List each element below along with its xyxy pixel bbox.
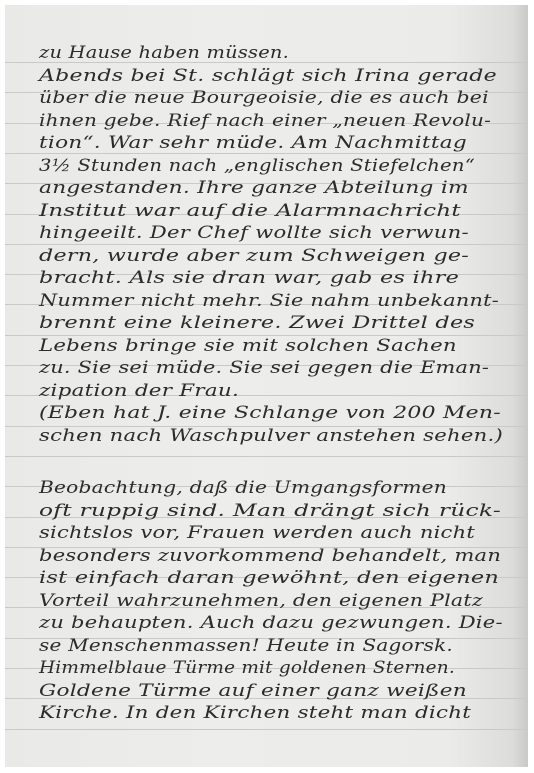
handwritten-line: sichtslos vor, Frauen werden auch nicht: [39, 523, 475, 543]
ruling-line: [5, 153, 528, 154]
handwritten-line: Kirche. In den Kirchen steht man dicht: [39, 703, 471, 723]
handwritten-line: (Eben hat J. eine Schlange von 200 Men-: [39, 403, 501, 423]
handwritten-line: zu. Sie sei müde. Sie sei gegen die Eman…: [39, 358, 489, 378]
handwritten-line: dern, wurde aber zum Schweigen ge-: [39, 246, 469, 266]
notebook-page: zu Hause haben müssen.Abends bei St. sch…: [5, 5, 528, 767]
handwritten-line: Nummer nicht mehr. Sie nahm unbekannt-: [39, 291, 499, 311]
handwritten-line: Beobachtung, daß die Umgangsformen: [39, 478, 447, 498]
handwritten-line: über die neue Bourgeoisie, die es auch b…: [39, 88, 489, 108]
ruling-line: [5, 729, 528, 730]
handwritten-line: zu behaupten. Auch dazu gezwungen. Die-: [39, 613, 503, 633]
handwritten-line: Lebens bringe sie mit solchen Sachen: [39, 336, 457, 356]
handwritten-line: se Menschenmassen! Heute in Sagorsk.: [39, 636, 453, 656]
handwritten-line: Institut war auf die Alarmnachricht: [39, 201, 461, 221]
handwritten-line: angestanden. Ihre ganze Abteilung im: [39, 178, 469, 198]
handwritten-line: brennt eine kleinere. Zwei Drittel des: [39, 313, 475, 333]
handwritten-line: besonders zuvorkommend behandelt, man: [39, 546, 501, 566]
handwritten-line: oft ruppig sind. Man drängt sich rück-: [39, 501, 501, 521]
handwritten-line: schen nach Waschpulver anstehen sehen.): [39, 426, 503, 446]
handwritten-line: bracht. Als sie dran war, gab es ihre: [39, 268, 459, 288]
handwritten-line: ihnen gebe. Rief nach einer „neuen Revol…: [39, 111, 491, 131]
handwritten-line: Goldene Türme auf einer ganz weißen: [39, 681, 467, 701]
ruling-line: [5, 456, 528, 457]
handwritten-line: zu Hause haben müssen.: [39, 43, 289, 63]
handwritten-line: Vorteil wahrzunehmen, den eigenen Platz: [39, 591, 483, 611]
handwritten-line: Abends bei St. schlägt sich Irina gerade: [39, 66, 497, 86]
handwritten-line: zipation der Frau.: [39, 381, 239, 401]
handwritten-line: ist einfach daran gewöhnt, den eigenen: [39, 568, 499, 588]
handwritten-line: tion“. War sehr müde. Am Nachmittag: [39, 133, 467, 153]
handwritten-line: Himmelblaue Türme mit goldenen Sternen.: [39, 658, 455, 678]
handwritten-line: hingeeilt. Der Chef wollte sich verwun-: [39, 223, 469, 243]
handwritten-line: 3½ Stunden nach „englischen Stiefelchen“: [39, 156, 475, 176]
